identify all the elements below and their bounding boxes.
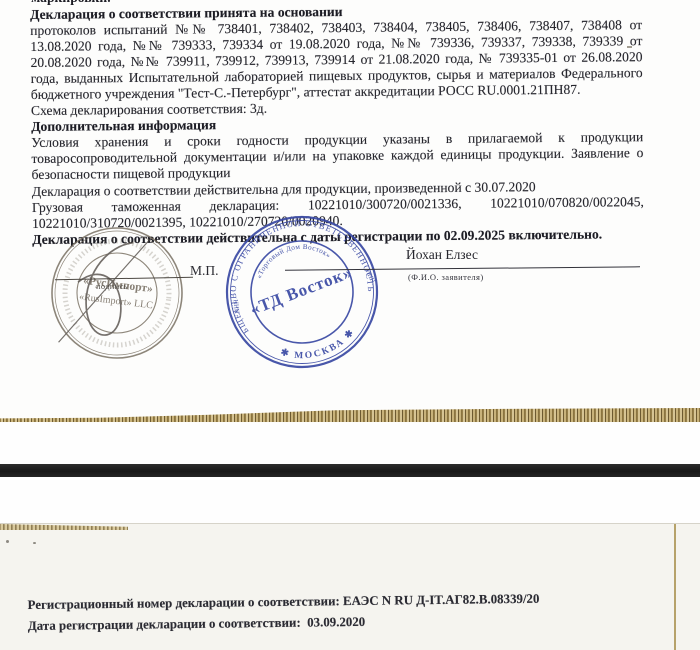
scan-speck [33,542,36,544]
scan-speck [627,46,632,48]
registration-block: Регистрационный номер декларации о соотв… [27,587,667,637]
page2-top-edge-fragment [0,524,128,530]
mp-seal-label: М.П. [190,263,219,279]
signature-caption: подпись [96,281,128,291]
scan-separator-bar [0,464,700,477]
scanned-declaration-document: маркировки. Декларация о соответствии пр… [0,0,700,650]
signer-name: Йохан Елзес [406,247,478,263]
blue-stamp-inn-left: ИНН [233,299,242,314]
page2-right-edge-line [674,524,676,650]
clipped-top-text: маркировки. [31,0,191,5]
clipped-line: маркировки. [31,0,191,5]
page1-torn-bottom-edge [0,408,700,422]
declaration-page-2: Регистрационный номер декларации о соотв… [0,523,700,650]
signer-caption: (Ф.И.О. заявителя) [408,272,484,282]
rusimport-round-stamp-icon: «РусИмпорт» «RusImport» LLC [39,215,195,371]
svg-text:✱ МОСКВА ✱: ✱ МОСКВА ✱ [277,325,362,370]
rus-stamp-line2: «RusImport» LLC [78,291,153,311]
declaration-page-1: маркировки. Декларация о соответствии пр… [0,0,700,423]
scan-speck [6,540,9,543]
blue-stamp-ring-bottom: ✱ МОСКВА ✱ [277,325,362,370]
